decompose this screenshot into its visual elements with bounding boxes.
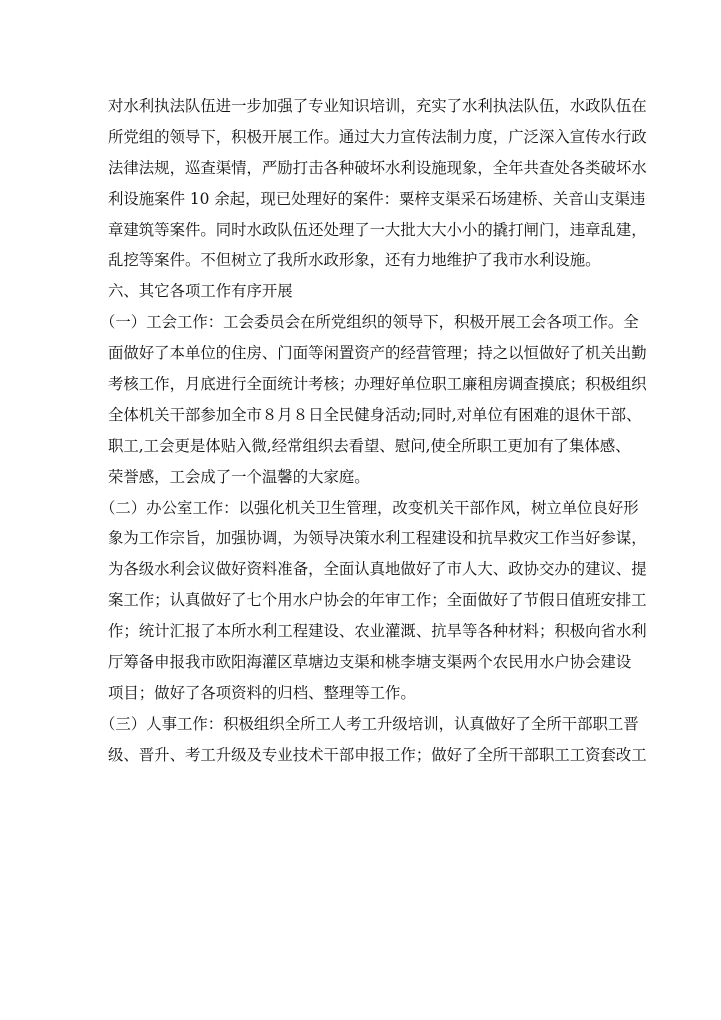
paragraph-line: 案工作；认真做好了七个用水户协会的年审工作；全面做好了节假日值班安排工 <box>108 585 628 616</box>
paragraph-line: 荣誉感，工会成了一个温馨的大家庭。 <box>108 462 628 493</box>
paragraph-line: 面做好了本单位的住房、门面等闲置资产的经营管理；持之以恒做好了机关出勤 <box>108 338 628 369</box>
paragraph-line: 作；统计汇报了本所水利工程建设、农业灌溉、抗旱等各种材料；积极向省水利 <box>108 616 628 647</box>
paragraph-line: 项目；做好了各项资料的归档、整理等工作。 <box>108 678 628 709</box>
paragraph-line: 职工,工会更是体贴入微,经常组织去看望、慰问,使全所职工更加有了集体感、 <box>108 431 628 462</box>
paragraph-line: 利设施案件 10 余起，现已处理好的案件：粟梓支渠采石场建桥、关音山支渠违 <box>108 184 628 215</box>
document-body: 对水利执法队伍进一步加强了专业知识培训，充实了水利执法队伍，水政队伍在 所党组的… <box>108 91 628 771</box>
section-heading: 六、其它各项工作有序开展 <box>108 276 628 307</box>
paragraph-line: 章建筑等案件。同时水政队伍还处理了一大批大大小小的撬打闸门，违章乱建， <box>108 215 628 246</box>
paragraph-line: 级、晋升、考工升级及专业技术干部申报工作；做好了全所干部职工工资套改工 <box>108 740 628 771</box>
document-page: 对水利执法队伍进一步加强了专业知识培训，充实了水利执法队伍，水政队伍在 所党组的… <box>0 0 721 1020</box>
paragraph-line: 所党组的领导下，积极开展工作。通过大力宣传法制力度，广泛深入宣传水行政 <box>108 122 628 153</box>
paragraph-line: 象为工作宗旨，加强协调，为领导决策水利工程建设和抗旱救灾工作当好参谋， <box>108 523 628 554</box>
subsection-line-office: （二）办公室工作：以强化机关卫生管理，改变机关干部作风，树立单位良好形 <box>100 493 628 524</box>
paragraph-line: 全体机关干部参加全市８月８日全民健身活动;同时,对单位有困难的退休干部、 <box>108 400 628 431</box>
paragraph-line: 对水利执法队伍进一步加强了专业知识培训，充实了水利执法队伍，水政队伍在 <box>108 91 628 122</box>
paragraph-line: 考核工作，月底进行全面统计考核；办理好单位职工廉租房调查摸底；积极组织 <box>108 369 628 400</box>
subsection-line-personnel: （三）人事工作：积极组织全所工人考工升级培训，认真做好了全所干部职工晋 <box>100 709 628 740</box>
paragraph-line: 乱挖等案件。不但树立了我所水政形象，还有力地维护了我市水利设施。 <box>108 245 628 276</box>
paragraph-line: 法律法规，巡查渠情，严励打击各种破坏水利设施现象，全年共查处各类破坏水 <box>108 153 628 184</box>
paragraph-line: 厅筹备申报我市欧阳海灌区草塘边支渠和桃李塘支渠两个农民用水户协会建设 <box>108 647 628 678</box>
subsection-line-union: （一）工会工作：工会委员会在所党组织的领导下，积极开展工会各项工作。全 <box>100 307 628 338</box>
paragraph-line: 为各级水利会议做好资料准备，全面认真地做好了市人大、政协交办的建议、提 <box>108 554 628 585</box>
